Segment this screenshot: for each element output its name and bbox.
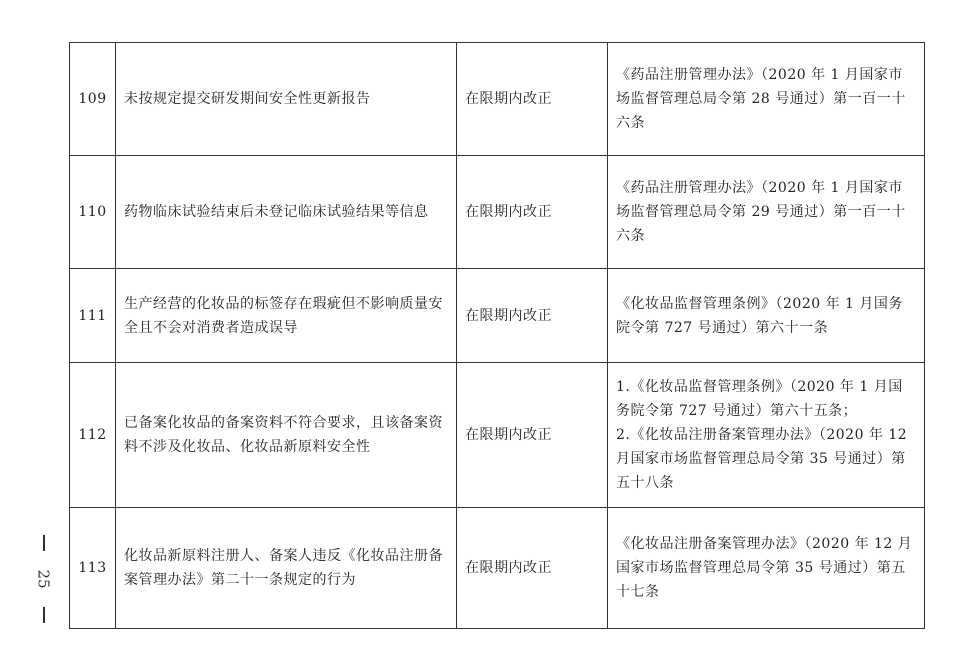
corrective-action: 在限期内改正	[457, 363, 608, 508]
row-number: 113	[70, 508, 116, 629]
corrective-action: 在限期内改正	[457, 43, 608, 156]
corrective-action: 在限期内改正	[457, 156, 608, 269]
legal-basis-item: 1.《化妆品监督管理条例》（2020 年 1 月国务院令第 727 号通过）第六…	[616, 375, 916, 423]
table-row: 112 已备案化妆品的备案资料不符合要求，且该备案资料不涉及化妆品、化妆品新原料…	[70, 363, 925, 508]
table-row: 111 生产经营的化妆品的标签存在瑕疵但不影响质量安全且不会对消费者造成误导 在…	[70, 269, 925, 363]
row-number: 109	[70, 43, 116, 156]
page-number: 25	[26, 535, 62, 623]
page-number-dash-top	[43, 535, 45, 551]
row-number: 111	[70, 269, 116, 363]
violation-description: 生产经营的化妆品的标签存在瑕疵但不影响质量安全且不会对消费者造成误导	[116, 269, 457, 363]
violations-table: 109 未按规定提交研发期间安全性更新报告 在限期内改正 《药品注册管理办法》（…	[69, 42, 925, 629]
row-number: 112	[70, 363, 116, 508]
table-row: 113 化妆品新原料注册人、备案人违反《化妆品注册备案管理办法》第二十一条规定的…	[70, 508, 925, 629]
page-number-value: 25	[36, 569, 52, 588]
legal-basis: 1.《化妆品监督管理条例》（2020 年 1 月国务院令第 727 号通过）第六…	[608, 363, 925, 508]
legal-basis: 《药品注册管理办法》（2020 年 1 月国家市场监督管理总局令第 28 号通过…	[608, 43, 925, 156]
row-number: 110	[70, 156, 116, 269]
legal-basis-item: 《药品注册管理办法》（2020 年 1 月国家市场监督管理总局令第 29 号通过…	[616, 176, 916, 248]
violation-description: 已备案化妆品的备案资料不符合要求，且该备案资料不涉及化妆品、化妆品新原料安全性	[116, 363, 457, 508]
legal-basis-item: 《化妆品注册备案管理办法》（2020 年 12 月国家市场监督管理总局令第 35…	[616, 532, 916, 604]
corrective-action: 在限期内改正	[457, 269, 608, 363]
violation-description: 药物临床试验结束后未登记临床试验结果等信息	[116, 156, 457, 269]
legal-basis-item: 《化妆品监督管理条例》（2020 年 1 月国务院令第 727 号通过）第六十一…	[616, 292, 916, 340]
legal-basis: 《药品注册管理办法》（2020 年 1 月国家市场监督管理总局令第 29 号通过…	[608, 156, 925, 269]
table-row: 109 未按规定提交研发期间安全性更新报告 在限期内改正 《药品注册管理办法》（…	[70, 43, 925, 156]
violation-description: 未按规定提交研发期间安全性更新报告	[116, 43, 457, 156]
table-row: 110 药物临床试验结束后未登记临床试验结果等信息 在限期内改正 《药品注册管理…	[70, 156, 925, 269]
page-number-dash-bottom	[43, 607, 45, 623]
violation-description: 化妆品新原料注册人、备案人违反《化妆品注册备案管理办法》第二十一条规定的行为	[116, 508, 457, 629]
legal-basis: 《化妆品注册备案管理办法》（2020 年 12 月国家市场监督管理总局令第 35…	[608, 508, 925, 629]
legal-basis-item: 《药品注册管理办法》（2020 年 1 月国家市场监督管理总局令第 28 号通过…	[616, 63, 916, 135]
corrective-action: 在限期内改正	[457, 508, 608, 629]
legal-basis-item: 2.《化妆品注册备案管理办法》（2020 年 12 月国家市场监督管理总局令第 …	[616, 423, 916, 495]
legal-basis: 《化妆品监督管理条例》（2020 年 1 月国务院令第 727 号通过）第六十一…	[608, 269, 925, 363]
